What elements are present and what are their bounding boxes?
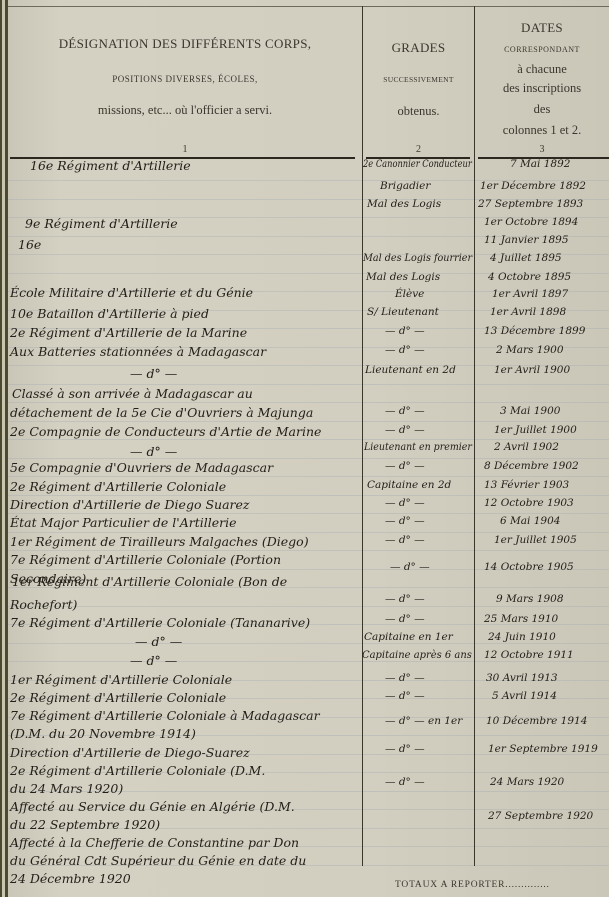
date-entry: 9 Mars 1908 [496, 593, 564, 605]
grade-entry: Mal des Logis fourrier [363, 252, 472, 264]
col3-header-subtitle: CORRESPONDANT [475, 45, 609, 54]
grade-entry: — d° — [385, 515, 425, 527]
grade-entry: Mal des Logis [366, 271, 440, 283]
corps-entry: 2e Compagnie de Conducteurs d'Artie de M… [10, 424, 321, 439]
grade-entry: — d° — [385, 497, 425, 509]
corps-entry: Direction d'Artillerie de Diego-Suarez [10, 745, 250, 760]
corps-entry: Rochefort) [10, 597, 77, 612]
col3-header-title: DATES [475, 20, 609, 36]
corps-entry: 7e Régiment d'Artillerie Coloniale (Port… [10, 552, 281, 567]
grade-entry: S/ Lieutenant [367, 306, 439, 318]
corps-entry: Direction d'Artillerie de Diego Suarez [10, 497, 249, 512]
corps-entry: Aux Batteries stationnées à Madagascar [10, 344, 266, 359]
col3-header-line6: colonnes 1 et 2. [475, 123, 609, 138]
grade-entry: — d° — [385, 424, 425, 436]
date-entry: 1er Avril 1900 [494, 364, 570, 376]
register-page: DÉSIGNATION DES DIFFÉRENTS CORPS, POSITI… [0, 0, 609, 897]
grade-entry: Lieutenant en 2d [365, 364, 456, 376]
ruled-line [8, 513, 609, 514]
date-entry: 11 Janvier 1895 [484, 234, 569, 246]
grade-entry: — d° — [385, 672, 425, 684]
col1-header-title: DÉSIGNATION DES DIFFÉRENTS CORPS, [10, 36, 360, 52]
totaux-a-reporter: TOTAUX A REPORTER.............. [395, 880, 550, 890]
corps-entry: — d° — [130, 444, 177, 459]
corps-entry: du 24 Mars 1920) [10, 781, 123, 796]
corps-entry: — d° — [135, 634, 182, 649]
ruled-line [8, 606, 609, 607]
col3-header-line4: des inscriptions [475, 81, 609, 96]
date-entry: 30 Avril 1913 [486, 672, 558, 684]
date-entry: 2 Mars 1900 [496, 344, 564, 356]
ruled-line [8, 402, 609, 403]
corps-entry: 1er Régiment d'Artillerie Coloniale [10, 672, 232, 687]
ruled-line [8, 495, 609, 496]
grade-entry: — d° — [385, 405, 425, 417]
corps-entry: 9e Régiment d'Artillerie [25, 216, 178, 231]
grade-entry: — d° — [385, 534, 425, 546]
corps-entry: 10e Bataillon d'Artillerie à pied [10, 306, 209, 321]
date-entry: 1er Avril 1898 [490, 306, 566, 318]
corps-entry: — d° — [130, 653, 177, 668]
corps-entry: du Général Cdt Supérieur du Génie en dat… [10, 853, 306, 868]
corps-entry: 7e Régiment d'Artillerie Coloniale (Tana… [10, 615, 310, 630]
grade-entry: — d° — [385, 776, 425, 788]
date-entry: 1er Septembre 1919 [488, 743, 598, 755]
grade-entry: — d° — [385, 325, 425, 337]
grade-entry: — d° — [385, 613, 425, 625]
date-entry: 24 Mars 1920 [490, 776, 564, 788]
grade-entry: Lieutenant en premier [364, 441, 472, 453]
grade-entry: — d° — en 1er [385, 715, 462, 727]
ruled-line [8, 550, 609, 551]
date-entry: 25 Mars 1910 [484, 613, 558, 625]
corps-entry: — d° — [130, 366, 177, 381]
corps-entry: État Major Particulier de l'Artillerie [10, 515, 236, 530]
date-entry: 1er Avril 1897 [492, 288, 568, 300]
grade-entry: — d° — [385, 690, 425, 702]
col1-header-desc: missions, etc... où l'officier a servi. [10, 103, 360, 118]
ruled-line [8, 458, 609, 459]
grade-entry: — d° — [385, 743, 425, 755]
column-divider-1 [362, 6, 363, 866]
date-entry: 1er Octobre 1894 [484, 216, 578, 228]
corps-entry: du 22 Septembre 1920) [10, 817, 160, 832]
col1-number: 1 [10, 144, 360, 155]
ruled-line [8, 661, 609, 662]
grade-entry: — d° — [385, 460, 425, 472]
ruled-line [8, 439, 609, 440]
date-entry: 1er Juillet 1905 [494, 534, 577, 546]
grade-entry: Élève [395, 288, 424, 300]
date-entry: 8 Décembre 1902 [484, 460, 579, 472]
col2-header-title: GRADES [363, 40, 474, 56]
corps-entry: 7e Régiment d'Artillerie Coloniale à Mad… [10, 708, 320, 723]
grade-entry: — d° — [390, 561, 430, 573]
grade-entry: Brigadier [380, 180, 430, 192]
grade-entry: — d° — [385, 344, 425, 356]
grade-entry: — d° — [385, 593, 425, 605]
corps-entry: détachement de la 5e Cie d'Ouvriers à Ma… [10, 405, 313, 420]
ruled-line [8, 643, 609, 644]
corps-entry: 2e Régiment d'Artillerie de la Marine [10, 325, 247, 340]
corps-entry: Classé à son arrivée à Madagascar au [12, 386, 253, 401]
grade-entry: Capitaine en 1er [364, 631, 453, 643]
corps-entry: École Militaire d'Artillerie et du Génie [10, 285, 253, 300]
corps-entry: 16e Régiment d'Artillerie [30, 158, 191, 173]
date-entry: 27 Septembre 1920 [488, 810, 593, 822]
col1-header-subtitle: POSITIONS DIVERSES, ÉCOLES, [10, 74, 360, 84]
corps-entry: 2e Régiment d'Artillerie Coloniale [10, 479, 226, 494]
ruled-line [8, 421, 609, 422]
ruled-line [8, 532, 609, 533]
date-entry: 10 Décembre 1914 [486, 715, 587, 727]
corps-entry: 5e Compagnie d'Ouvriers de Madagascar [10, 460, 273, 475]
date-entry: 4 Octobre 1895 [488, 271, 571, 283]
date-entry: 12 Octobre 1911 [484, 649, 574, 661]
col2-number: 2 [363, 144, 474, 155]
corps-entry: Affecté à la Chefferie de Constantine pa… [10, 835, 299, 850]
col3-number: 3 [475, 144, 609, 155]
corps-entry: 2e Régiment d'Artillerie Coloniale [10, 690, 226, 705]
grade-entry: Capitaine en 2d [367, 479, 451, 491]
date-entry: 3 Mai 1900 [500, 405, 560, 417]
date-entry: 24 Juin 1910 [488, 631, 556, 643]
corps-entry: 1er Régiment de Tirailleurs Malgaches (D… [10, 534, 309, 549]
grade-entry: Mal des Logis [367, 198, 441, 210]
corps-entry: Affecté au Service du Génie en Algérie (… [10, 799, 295, 814]
date-entry: 1er Décembre 1892 [480, 180, 586, 192]
corps-entry: (D.M. du 20 Novembre 1914) [10, 726, 196, 741]
date-entry: 14 Octobre 1905 [484, 561, 574, 573]
date-entry: 5 Avril 1914 [492, 690, 557, 702]
date-entry: 1er Juillet 1900 [494, 424, 577, 436]
corps-entry: 1er Régiment d'Artillerie Coloniale (Bon… [12, 574, 287, 589]
date-entry: 2 Avril 1902 [494, 441, 559, 453]
col2-header-subtitle: SUCCESSIVEMENT [363, 75, 474, 84]
corps-entry: 2e Régiment d'Artillerie Coloniale (D.M. [10, 763, 265, 778]
top-rule [8, 6, 609, 7]
corps-entry: 24 Décembre 1920 [10, 871, 131, 886]
date-entry: 4 Juillet 1895 [490, 252, 562, 264]
col3-header-line3: à chacune [475, 62, 609, 77]
grade-entry: 2e Canonnier Conducteur [363, 158, 472, 170]
date-entry: 13 Décembre 1899 [484, 325, 585, 337]
grade-entry: Capitaine après 6 ans [362, 649, 472, 661]
corps-entry: 16e [18, 237, 41, 252]
ruled-line [8, 476, 609, 477]
date-entry: 27 Septembre 1893 [478, 198, 583, 210]
col2-header-desc: obtenus. [363, 104, 474, 119]
col3-header-line5: des [475, 102, 609, 117]
date-entry: 12 Octobre 1903 [484, 497, 574, 509]
date-entry: 13 Février 1903 [484, 479, 569, 491]
ruled-line [8, 384, 609, 385]
date-entry: 6 Mai 1904 [500, 515, 560, 527]
page-binding [0, 0, 8, 897]
date-entry: 7 Mai 1892 [510, 158, 570, 170]
